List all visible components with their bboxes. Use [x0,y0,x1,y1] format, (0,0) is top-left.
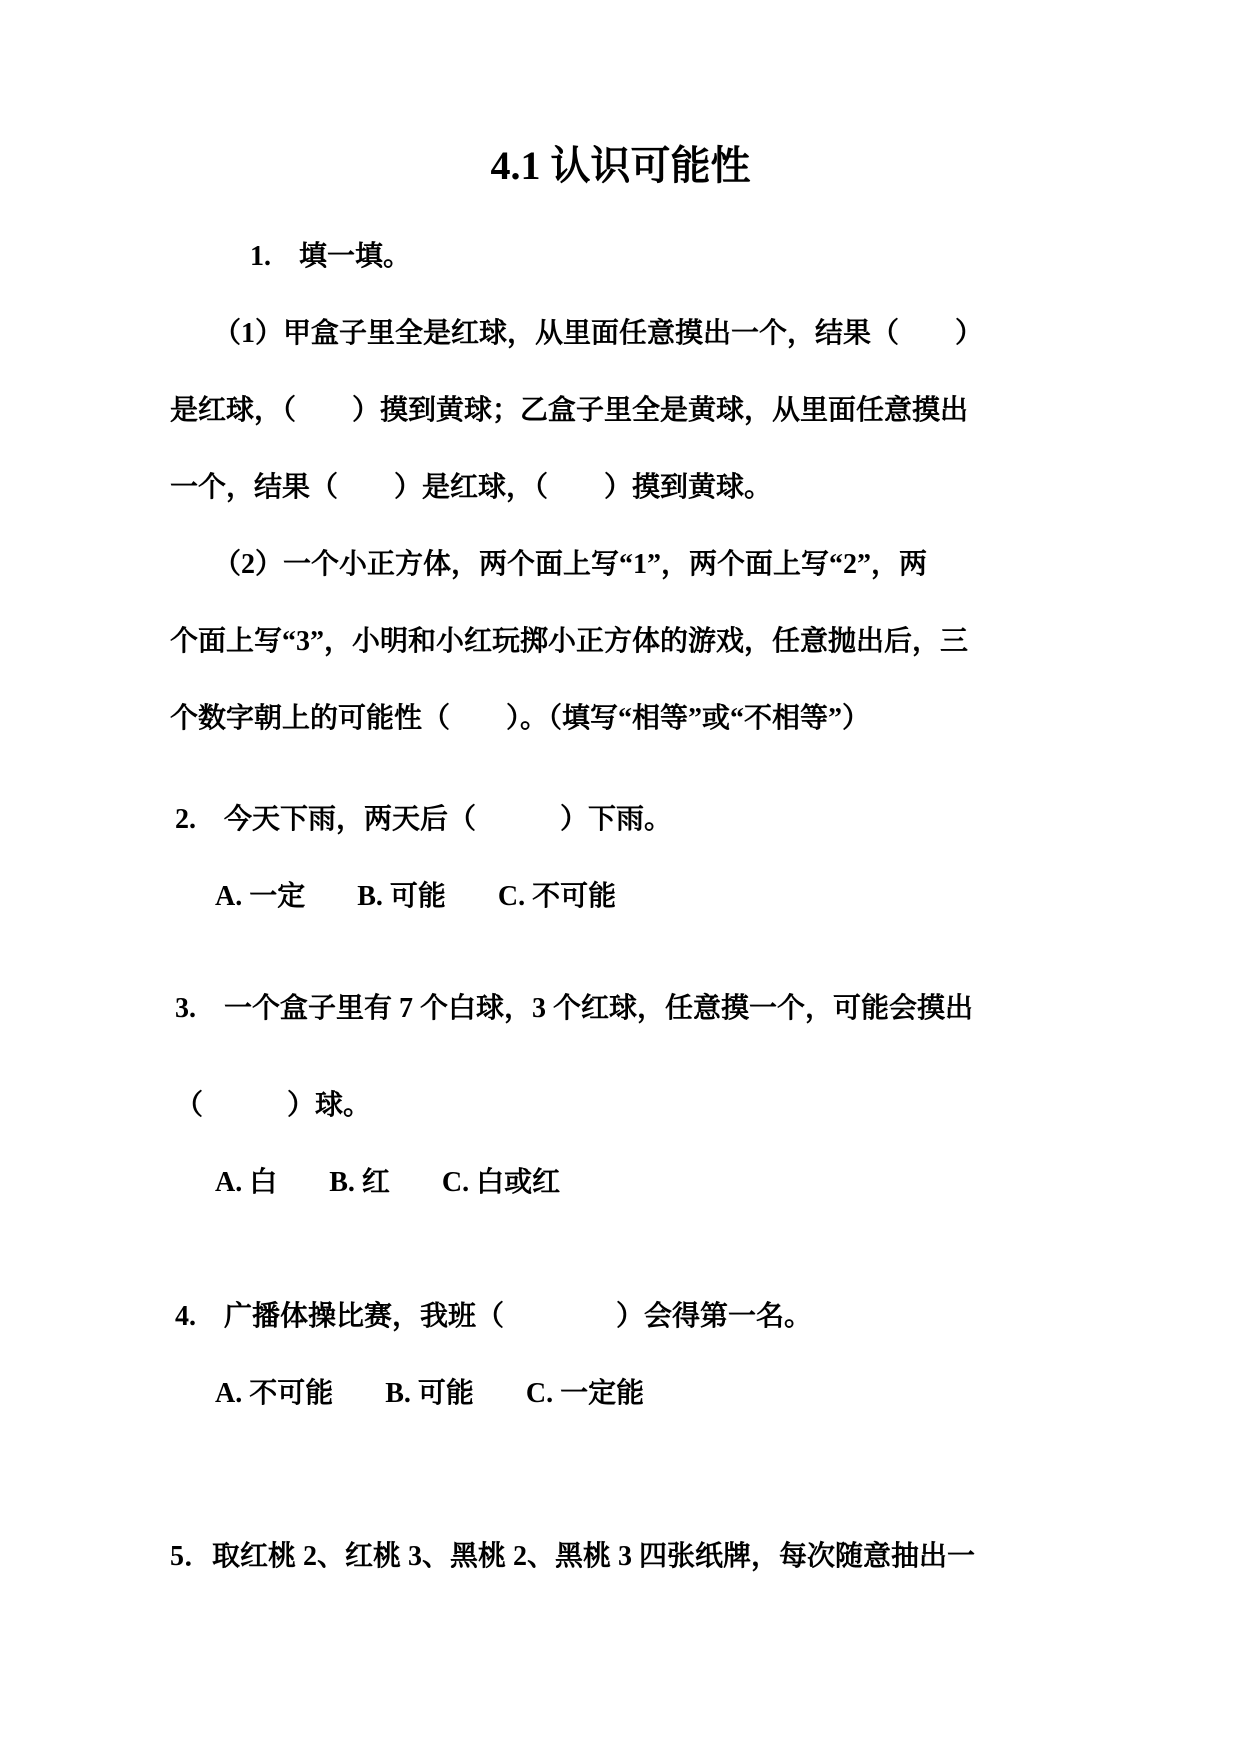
question-4-options: A. 不可能 B. 可能 C. 一定能 [170,1355,1141,1432]
worksheet-title: 4.1 认识可能性 [0,140,1241,192]
question-2-options: A. 一定 B. 可能 C. 不可能 [170,858,1141,935]
question-3-text-line-1: 3. 一个盒子里有 7 个白球，3 个红球，任意摸一个，可能会摸出 [170,970,1141,1047]
question-3-options: A. 白 B. 红 C. 白或红 [170,1144,1141,1221]
question-1-part-1: （1）甲盒子里全是红球，从里面任意摸出一个，结果（ ） 是红球，（ ）摸到黄球；… [170,295,1141,526]
q2-option-c: C. 不可能 [498,858,616,935]
question-2-text: 2. 今天下雨，两天后（ ）下雨。 [170,781,1141,858]
question-3-text-line-2: （ ）球。 [170,1067,1141,1144]
q4-option-b: B. 可能 [385,1355,474,1432]
q4-option-c: C. 一定能 [526,1355,644,1432]
q3-option-c: C. 白或红 [442,1144,560,1221]
q1-part1-line-3: 一个，结果（ ）是红球，（ ）摸到黄球。 [170,449,1141,526]
q1-part2-line-3: 个数字朝上的可能性（ ）。（填写“相等”或“不相等”） [170,680,1141,757]
question-1-part-2: （2）一个小正方体，两个面上写“1”，两个面上写“2”，两 个面上写“3”，小明… [170,526,1141,757]
question-5-text: 5．取红桃 2、红桃 3、黑桃 2、黑桃 3 四张纸牌，每次随意抽出一 [170,1518,1141,1595]
q1-part1-line-2: 是红球，（ ）摸到黄球；乙盒子里全是黄球，从里面任意摸出 [170,372,1141,449]
q1-part1-line-1: （1）甲盒子里全是红球，从里面任意摸出一个，结果（ ） [170,295,1141,372]
q3-option-b: B. 红 [329,1144,390,1221]
question-1-heading: 1. 填一填。 [170,218,1141,295]
q4-option-a: A. 不可能 [215,1355,333,1432]
question-4-text: 4. 广播体操比赛，我班（ ）会得第一名。 [170,1278,1141,1355]
q1-part2-line-2: 个面上写“3”，小明和小红玩掷小正方体的游戏，任意抛出后，三 [170,603,1141,680]
q2-option-b: B. 可能 [357,858,446,935]
q1-part2-line-1: （2）一个小正方体，两个面上写“1”，两个面上写“2”，两 [170,526,1141,603]
q2-option-a: A. 一定 [215,858,305,935]
q3-option-a: A. 白 [215,1144,277,1221]
worksheet-page: 4.1 认识可能性 1. 填一填。 （1）甲盒子里全是红球，从里面任意摸出一个，… [0,0,1241,1754]
